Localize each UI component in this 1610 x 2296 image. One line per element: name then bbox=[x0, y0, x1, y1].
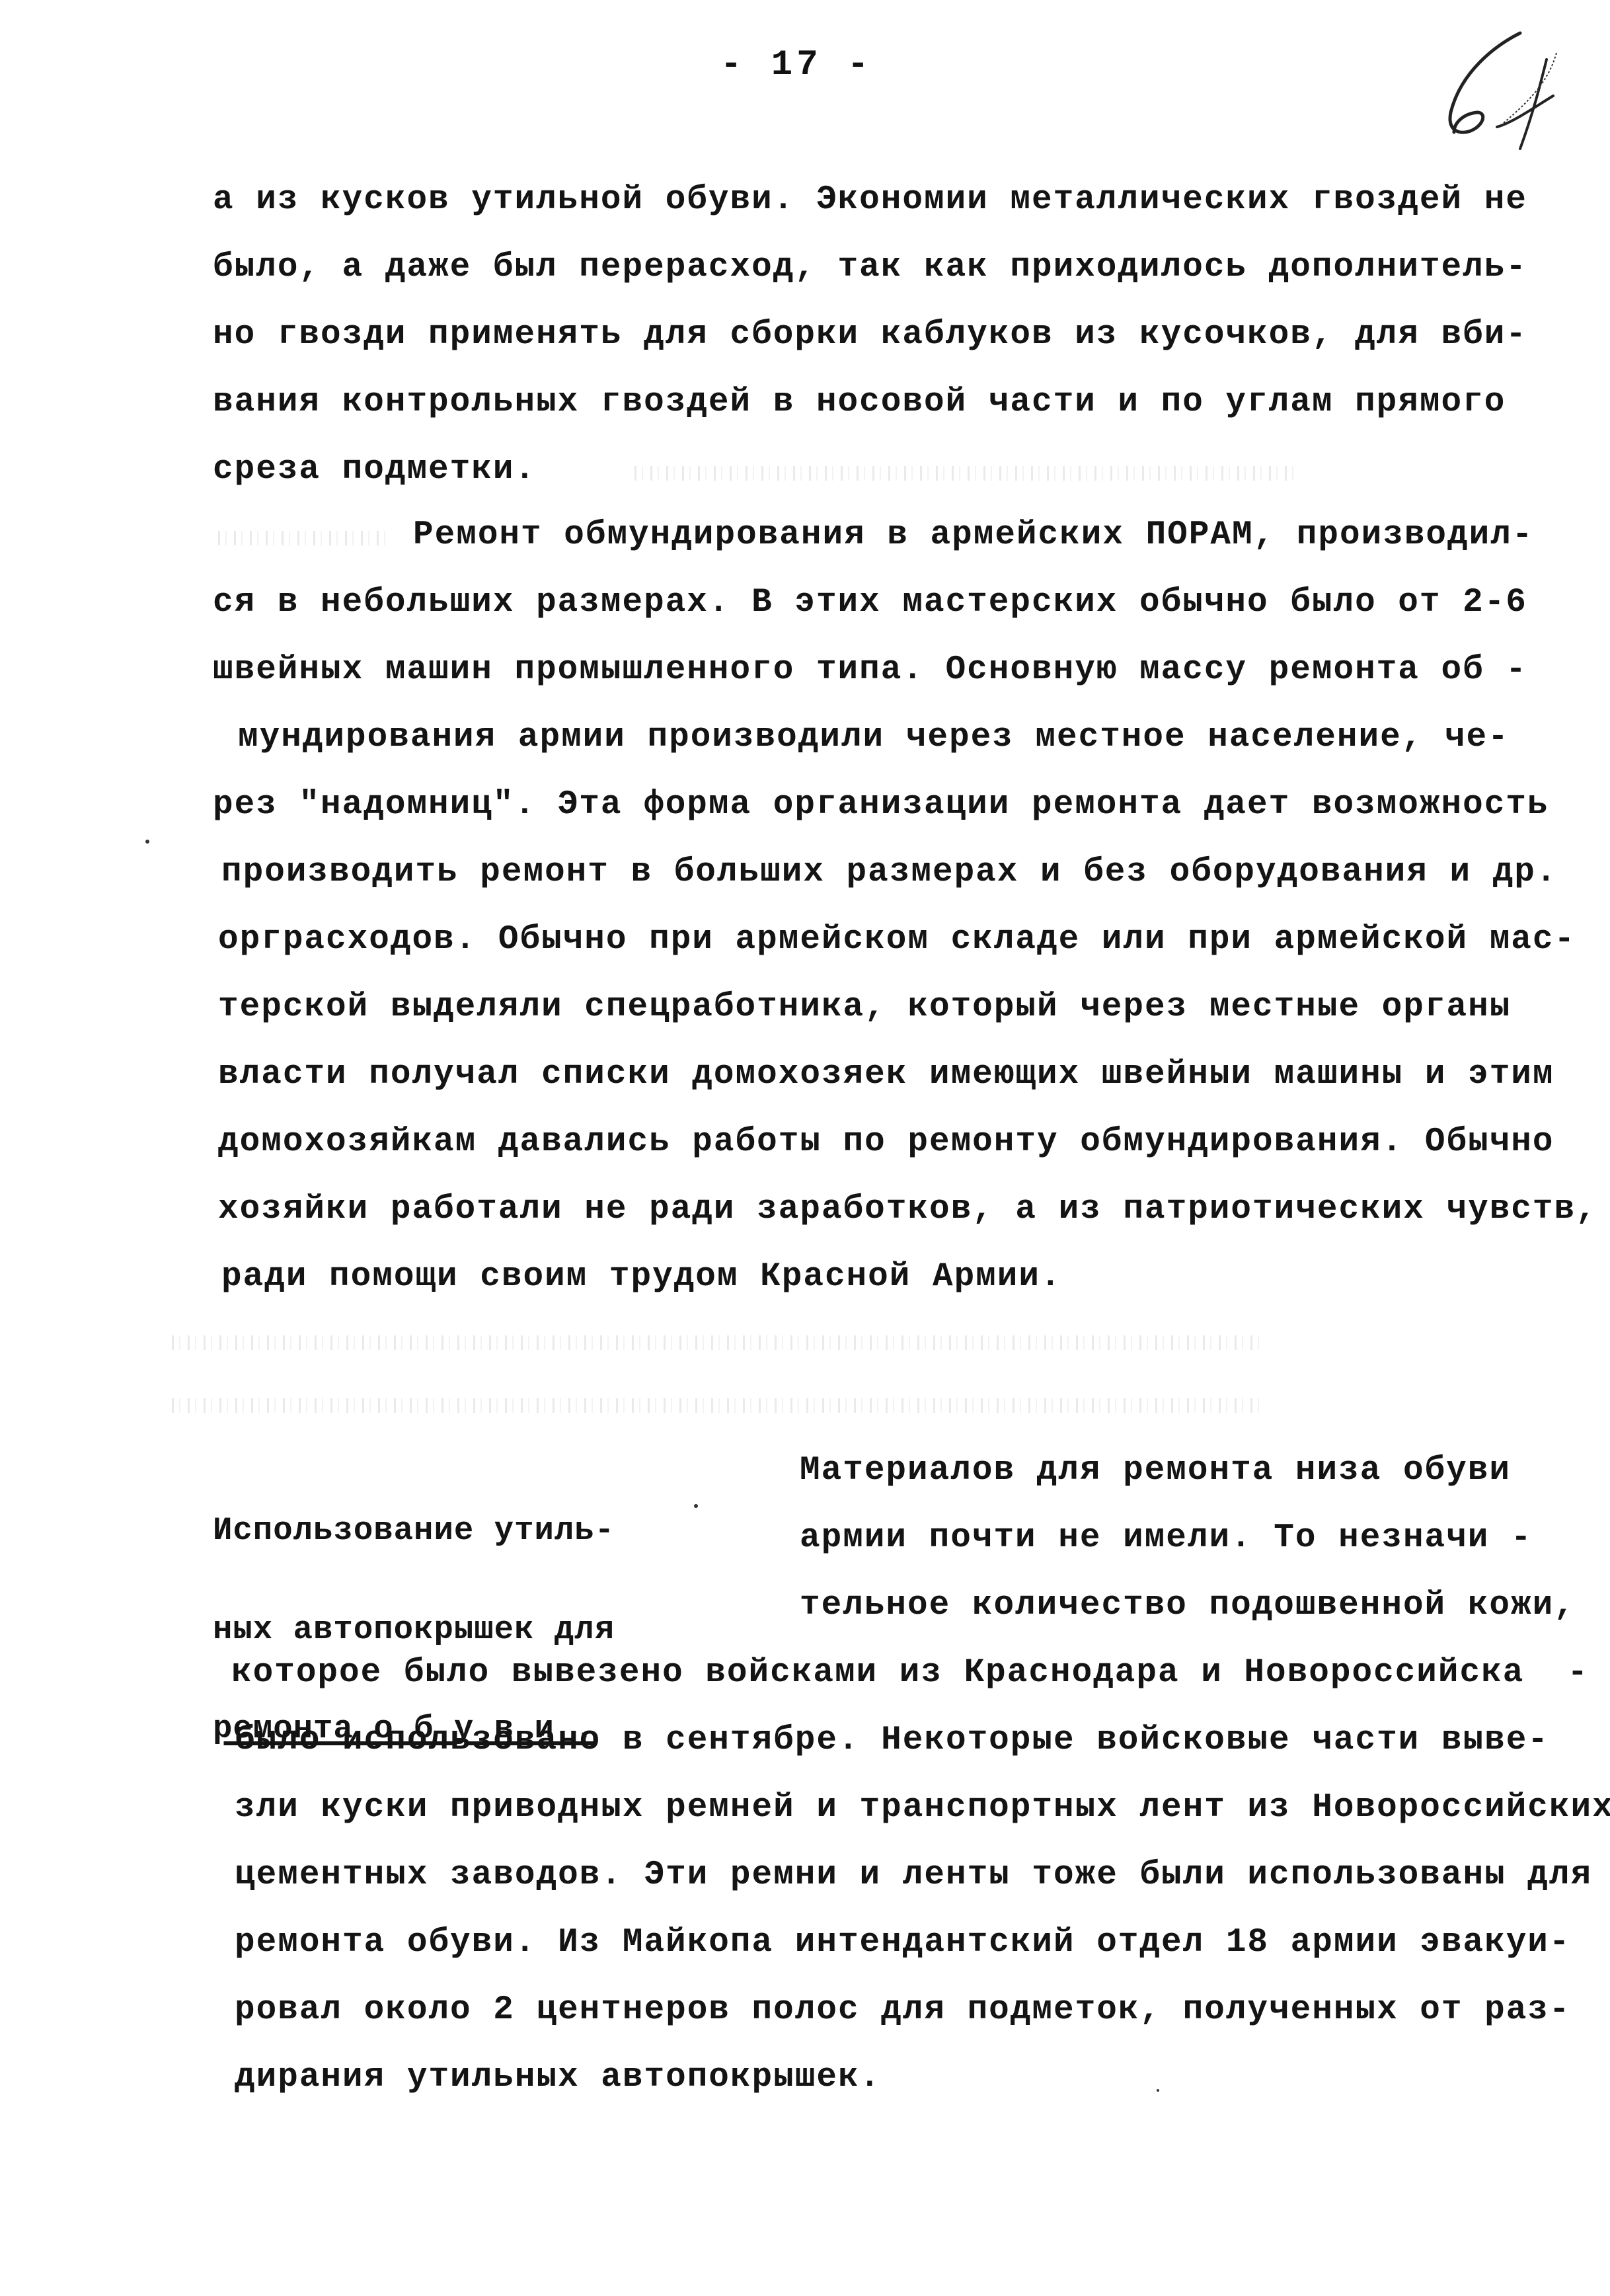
handwritten-folio-number bbox=[1421, 13, 1573, 159]
ink-speck bbox=[1157, 2089, 1159, 2092]
paragraph-2-line-3: швейных машин промышленного типа. Основн… bbox=[213, 651, 1527, 690]
paragraph-2-line-10: домохозяйкам давались работы по ремонту … bbox=[218, 1123, 1554, 1162]
paragraph-2-line-8: терской выделяли спецработника, который … bbox=[218, 988, 1511, 1027]
bleed-through-noise bbox=[634, 466, 1295, 481]
ink-speck bbox=[145, 840, 149, 844]
paragraph-2-line-2: ся в небольших размерах. В этих мастерск… bbox=[213, 583, 1527, 623]
paragraph-1-line-1: а из кусков утильной обуви. Экономии мет… bbox=[213, 180, 1527, 220]
side-heading-line-1: Использование утиль- bbox=[213, 1514, 615, 1547]
paragraph-2-line-7: оргрaсходов. Обычно при армейском складе… bbox=[218, 920, 1576, 960]
paragraph-1-line-3: но гвозди применять для сборки каблуков … bbox=[213, 315, 1527, 355]
bleed-through-noise bbox=[172, 1398, 1262, 1413]
paragraph-2-line-1: Ремонт обмундирования в армейских ПОРАМ,… bbox=[413, 516, 1533, 555]
paragraph-3-right-line-3: тельное количество подошвенной кожи, bbox=[800, 1586, 1576, 1626]
page-number: - 17 - bbox=[720, 45, 872, 85]
paragraph-1-line-5: среза подметки. bbox=[213, 450, 536, 490]
paragraph-3-right-line-1: Материалов для ремонта низа обуви bbox=[800, 1451, 1511, 1491]
paragraph-2-line-11: хозяйки работали не ради заработков, а и… bbox=[218, 1190, 1597, 1230]
paragraph-2-line-12: ради помощи своим трудом Красной Армии. bbox=[221, 1257, 1062, 1297]
ink-speck bbox=[694, 1504, 698, 1508]
paragraph-3-line-3: зли куски приводных ремней и транспортны… bbox=[235, 1788, 1610, 1828]
paragraph-3-line-6: ровал около 2 центнеров полос для подмет… bbox=[235, 1991, 1571, 2030]
handwritten-64-icon bbox=[1421, 13, 1573, 159]
paragraph-3-line-1: которое было вывезено войсками из Красно… bbox=[231, 1653, 1589, 1693]
side-heading-line-2: ных автопокрышек для bbox=[213, 1613, 615, 1646]
paragraph-3-right-line-2: армии почти не имели. То незначи - bbox=[800, 1519, 1533, 1558]
paragraph-2-line-6: производить ремонт в больших размерах и … bbox=[221, 853, 1558, 892]
bleed-through-noise bbox=[172, 1335, 1262, 1350]
paragraph-2-line-4: мундирования армии производили через мес… bbox=[238, 718, 1510, 758]
bleed-through-noise bbox=[218, 531, 390, 545]
paragraph-2-line-5: рез "надомниц". Эта форма организации ре… bbox=[213, 785, 1549, 825]
paragraph-3-line-4: цементных заводов. Эти ремни и ленты тож… bbox=[235, 1856, 1592, 1895]
paragraph-1-line-2: было, а даже был перерасход, так как при… bbox=[213, 248, 1527, 288]
document-page: - 17 - а из кусков утильной обуви. Эконо… bbox=[0, 0, 1610, 2296]
paragraph-2-line-9: власти получал списки домохозяек имеющих… bbox=[218, 1055, 1554, 1095]
paragraph-3-line-2: было использовано в сентябре. Некоторые … bbox=[235, 1721, 1549, 1761]
paragraph-3-line-5: ремонта обуви. Из Майкопа интендантский … bbox=[235, 1923, 1571, 1963]
paragraph-3-line-7: дирания утильных автопокрышек. bbox=[235, 2058, 881, 2098]
paragraph-1-line-4: вания контрольных гвоздей в носовой част… bbox=[213, 383, 1506, 422]
